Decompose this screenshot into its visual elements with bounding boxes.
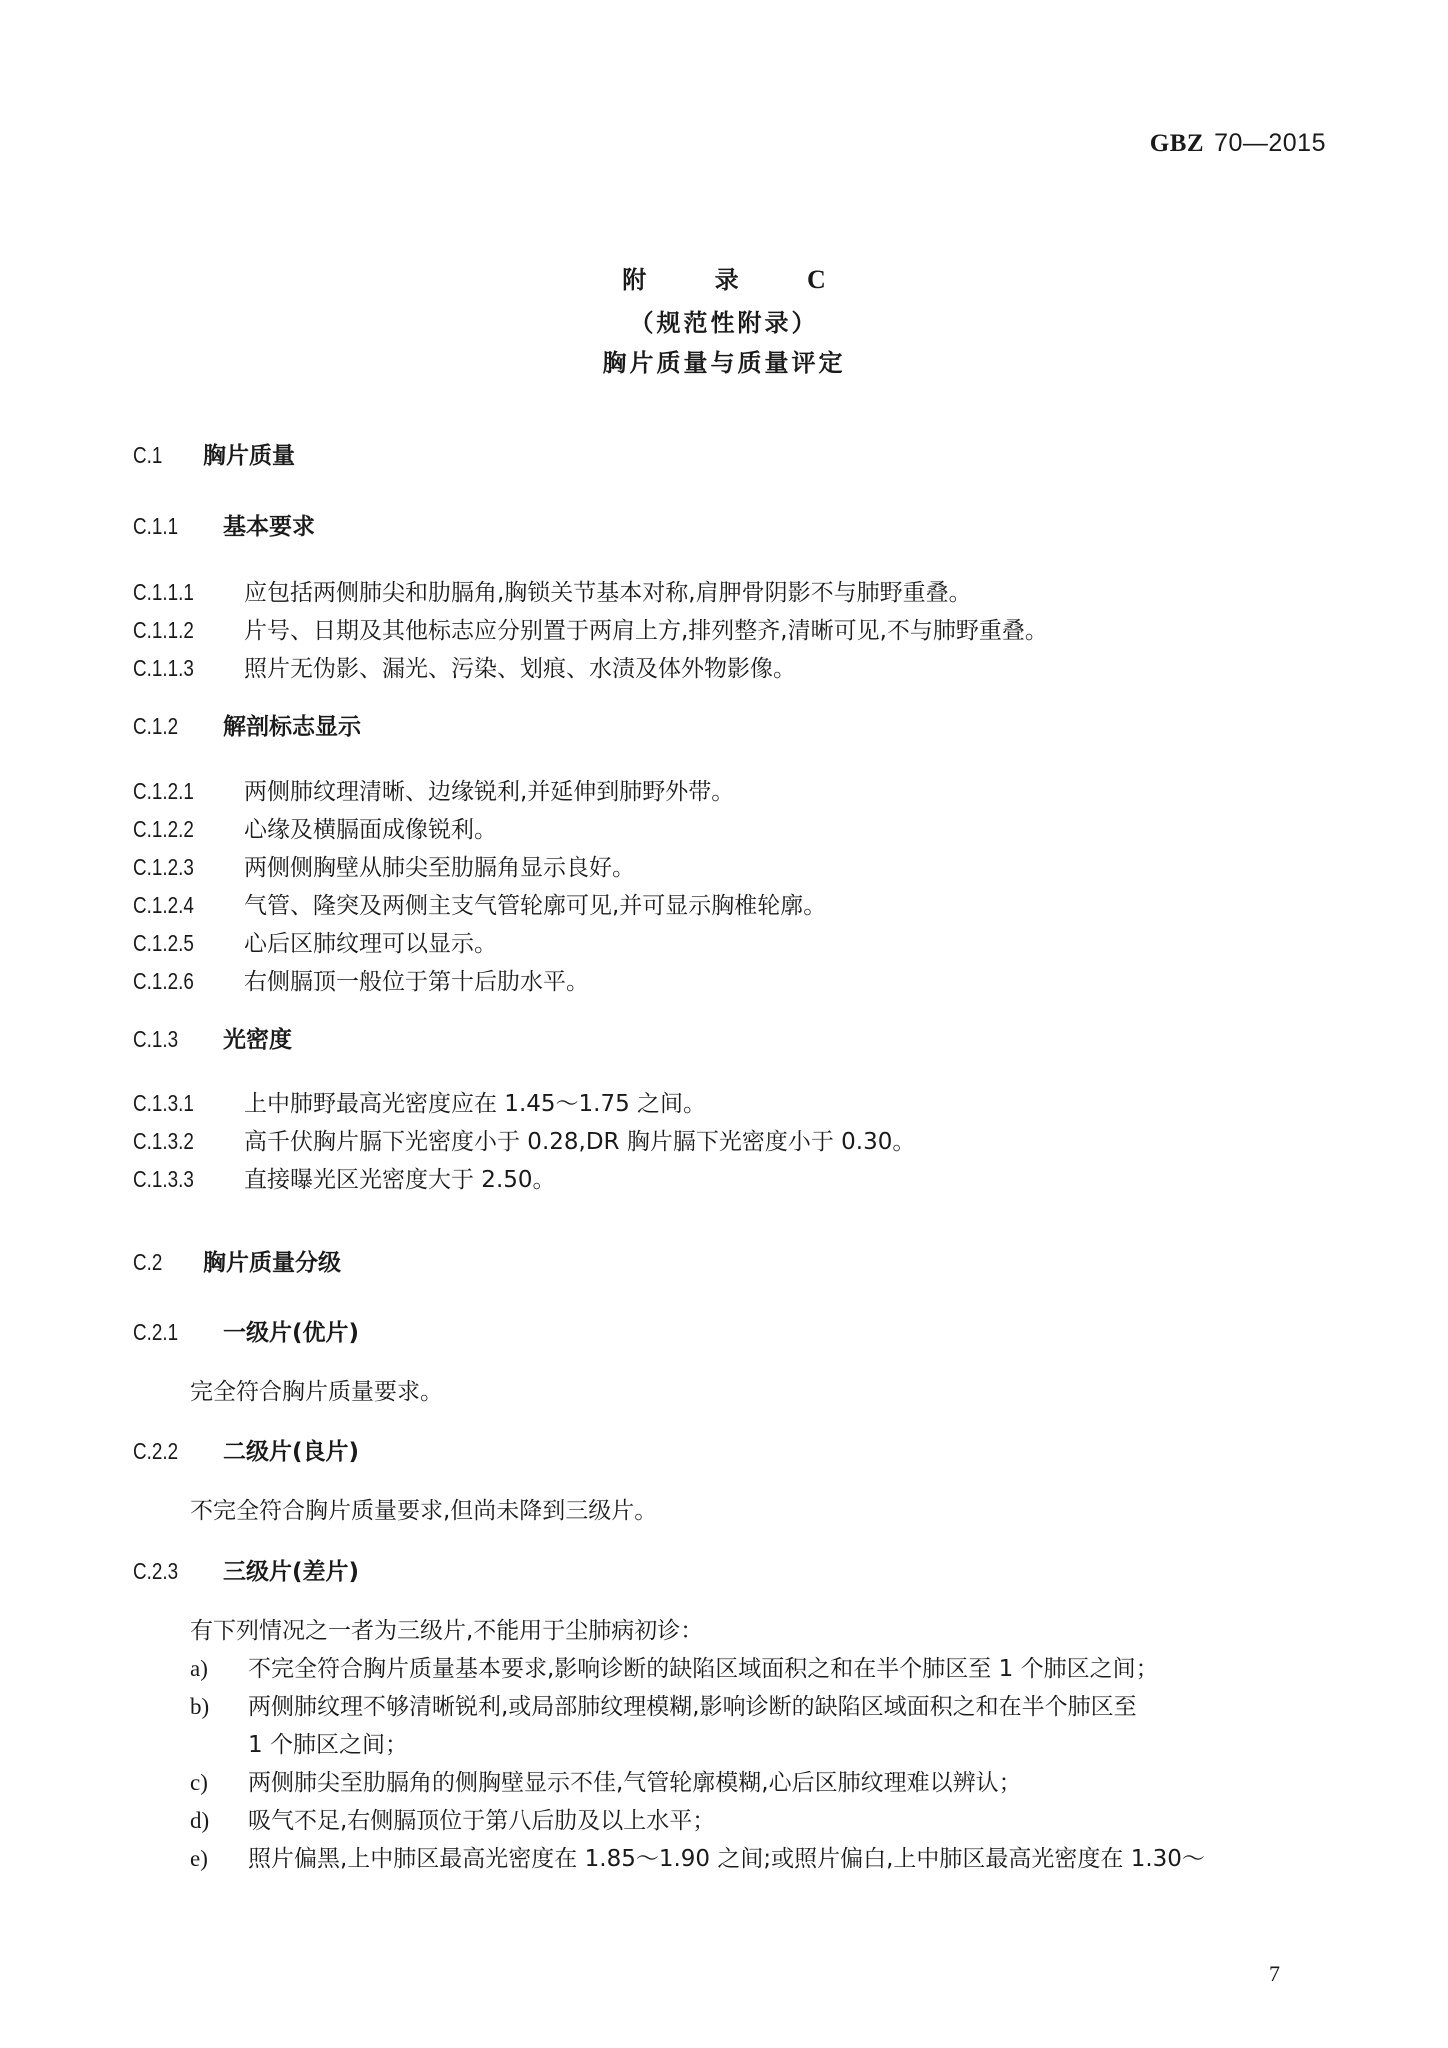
page-number: 7 bbox=[1269, 1961, 1280, 1987]
section-heading-c2-2: C.2.2二级片(良片) bbox=[133, 1437, 359, 1466]
clause-c1-3-3: C.1.3.3直接曝光区光密度大于 2.50。 bbox=[133, 1165, 556, 1194]
list-item-a: a)不完全符合胸片质量基本要求,影响诊断的缺陷区域面积之和在半个肺区至 1 个肺… bbox=[190, 1655, 1159, 1683]
clause-c1-3-2: C.1.3.2高千伏胸片膈下光密度小于 0.28,DR 胸片膈下光密度小于 0.… bbox=[133, 1127, 915, 1156]
list-item-c: c)两侧肺尖至肋膈角的侧胸壁显示不佳,气管轮廓模糊,心后区肺纹理难以辨认； bbox=[190, 1769, 1022, 1797]
section-heading-c2-1: C.2.1一级片(优片) bbox=[133, 1318, 359, 1347]
annex-label: 附 录 bbox=[622, 266, 768, 294]
annex-heading: 附 录 C bbox=[0, 260, 1448, 295]
list-item-e: e)照片偏黑,上中肺区最高光密度在 1.85～1.90 之间;或照片偏白,上中肺… bbox=[190, 1845, 1205, 1873]
annex-letter: C bbox=[807, 265, 826, 294]
clause-c1-2-1: C.1.2.1两侧肺纹理清晰、边缘锐利,并延伸到肺野外带。 bbox=[133, 777, 734, 806]
list-item-b: b)两侧肺纹理不够清晰锐利,或局部肺纹理模糊,影响诊断的缺陷区域面积之和在半个肺… bbox=[190, 1693, 1137, 1721]
clause-c1-2-6: C.1.2.6右侧膈顶一般位于第十后肋水平。 bbox=[133, 967, 589, 996]
standard-code: GBZ70—2015 bbox=[1150, 128, 1326, 158]
clause-c1-2-5: C.1.2.5心后区肺纹理可以显示。 bbox=[133, 929, 497, 958]
annex-type: （规范性附录） bbox=[0, 303, 1448, 338]
standard-number: 70—2015 bbox=[1214, 129, 1326, 157]
clause-c1-1-3: C.1.1.3照片无伪影、漏光、污染、划痕、水渍及体外物影像。 bbox=[133, 654, 796, 683]
clause-c1-1-1: C.1.1.1应包括两侧肺尖和肋膈角,胸锁关节基本对称,肩胛骨阴影不与肺野重叠。 bbox=[133, 578, 972, 607]
section-heading-c2: C.2胸片质量分级 bbox=[133, 1248, 341, 1277]
clause-c1-2-4: C.1.2.4气管、隆突及两侧主支气管轮廓可见,并可显示胸椎轮廓。 bbox=[133, 891, 826, 920]
paragraph-c2-3-intro: 有下列情况之一者为三级片,不能用于尘肺病初诊： bbox=[190, 1617, 703, 1645]
clause-c1-2-2: C.1.2.2心缘及横膈面成像锐利。 bbox=[133, 815, 497, 844]
clause-c1-1-2: C.1.1.2片号、日期及其他标志应分别置于两肩上方,排列整齐,清晰可见,不与肺… bbox=[133, 616, 1048, 645]
section-heading-c2-3: C.2.3三级片(差片) bbox=[133, 1557, 359, 1586]
clause-c1-2-3: C.1.2.3两侧侧胸壁从肺尖至肋膈角显示良好。 bbox=[133, 853, 635, 882]
standard-prefix: GBZ bbox=[1150, 130, 1204, 157]
section-heading-c1-1: C.1.1基本要求 bbox=[133, 512, 315, 541]
clause-c1-3-1: C.1.3.1上中肺野最高光密度应在 1.45～1.75 之间。 bbox=[133, 1089, 706, 1118]
paragraph-c2-2: 不完全符合胸片质量要求,但尚未降到三级片。 bbox=[190, 1497, 657, 1525]
paragraph-c2-1: 完全符合胸片质量要求。 bbox=[190, 1378, 443, 1406]
list-item-d: d)吸气不足,右侧膈顶位于第八后肋及以上水平； bbox=[190, 1807, 715, 1835]
list-item-b-continuation: 1 个肺区之间； bbox=[248, 1731, 408, 1759]
section-heading-c1-3: C.1.3光密度 bbox=[133, 1025, 292, 1054]
document-page: GBZ70—2015 附 录 C （规范性附录） 胸片质量与质量评定 C.1胸片… bbox=[0, 0, 1448, 2048]
annex-name: 胸片质量与质量评定 bbox=[0, 343, 1448, 378]
section-heading-c1-2: C.1.2解剖标志显示 bbox=[133, 712, 361, 741]
section-heading-c1: C.1胸片质量 bbox=[133, 441, 295, 470]
